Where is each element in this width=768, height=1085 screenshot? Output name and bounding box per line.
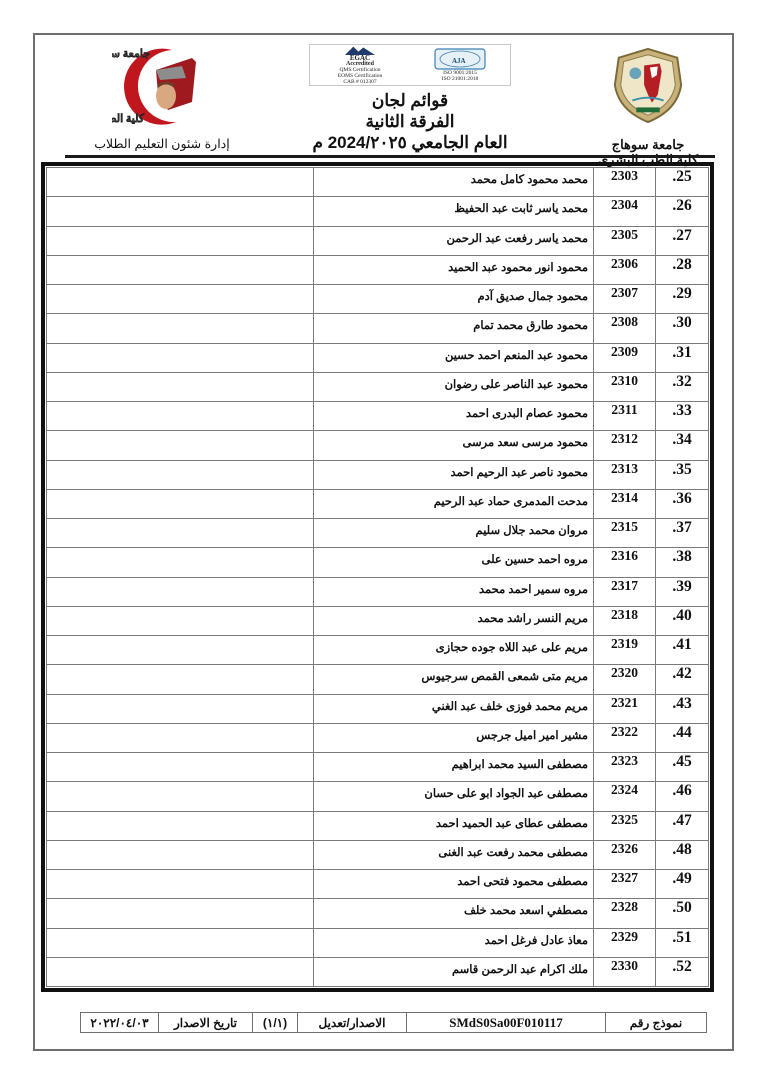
student-name: مدحت المدمرى حماد عبد الرحيم bbox=[314, 489, 594, 518]
notes-cell bbox=[47, 577, 314, 606]
notes-cell bbox=[47, 255, 314, 284]
notes-cell bbox=[47, 694, 314, 723]
student-code: 2330 bbox=[594, 957, 656, 986]
serial-number: .25 bbox=[656, 168, 709, 197]
certification-logos: EGAC Accredited QMS Certification EOMS C… bbox=[309, 44, 511, 86]
serial-number: .48 bbox=[656, 840, 709, 869]
notes-cell bbox=[47, 372, 314, 401]
serial-number: .29 bbox=[656, 285, 709, 314]
notes-cell bbox=[47, 402, 314, 431]
student-name: محمود عبد الناصر على رضوان bbox=[314, 372, 594, 401]
serial-number: .35 bbox=[656, 460, 709, 489]
title-committee-lists: قوائم لجان bbox=[290, 90, 530, 111]
student-code: 2324 bbox=[594, 782, 656, 811]
serial-number: .46 bbox=[656, 782, 709, 811]
notes-cell bbox=[47, 168, 314, 197]
student-code: 2308 bbox=[594, 314, 656, 343]
notes-cell bbox=[47, 665, 314, 694]
table-row: .512329معاذ عادل فرغل احمد bbox=[47, 928, 709, 957]
table-row: .262304محمد ياسر ثابت عبد الحفيظ bbox=[47, 197, 709, 226]
notes-cell bbox=[47, 226, 314, 255]
serial-number: .47 bbox=[656, 811, 709, 840]
table-row: .432321مريم محمد فوزى خلف عبد الغني bbox=[47, 694, 709, 723]
student-name: مريم على عبد اللاه جوده حجازى bbox=[314, 636, 594, 665]
student-name: مصطفى محمد رفعت عبد الغنى bbox=[314, 840, 594, 869]
student-name: مشير امير اميل جرجس bbox=[314, 723, 594, 752]
student-code: 2315 bbox=[594, 519, 656, 548]
student-name: مصطفى عبد الجواد ابو على حسان bbox=[314, 782, 594, 811]
notes-cell bbox=[47, 460, 314, 489]
student-code: 2328 bbox=[594, 899, 656, 928]
student-name: مصطفي اسعد محمد خلف bbox=[314, 899, 594, 928]
notes-cell bbox=[47, 840, 314, 869]
student-name: محمد ياسر رفعت عبد الرحمن bbox=[314, 226, 594, 255]
notes-cell bbox=[47, 782, 314, 811]
student-name: محمود عبد المنعم احمد حسين bbox=[314, 343, 594, 372]
student-name: محمود ناصر عبد الرحيم احمد bbox=[314, 460, 594, 489]
table-row: .372315مروان محمد جلال سليم bbox=[47, 519, 709, 548]
student-code: 2322 bbox=[594, 723, 656, 752]
table-row: .392317مروه سمير احمد محمد bbox=[47, 577, 709, 606]
notes-cell bbox=[47, 431, 314, 460]
student-code: 2316 bbox=[594, 548, 656, 577]
table-row: .502328مصطفي اسعد محمد خلف bbox=[47, 899, 709, 928]
serial-number: .38 bbox=[656, 548, 709, 577]
faculty-of-medicine-logo-icon: جامعة سوهاج كلية الطب bbox=[112, 44, 212, 126]
table-row: .332311محمود عصام البدرى احمد bbox=[47, 402, 709, 431]
title-academic-year: العام الجامعي 2024/٢٠٢٥ م bbox=[290, 132, 530, 154]
notes-cell bbox=[47, 489, 314, 518]
student-code: 2312 bbox=[594, 431, 656, 460]
table-row: .352313محمود ناصر عبد الرحيم احمد bbox=[47, 460, 709, 489]
table-row: .342312محمود مرسى سعد مرسى bbox=[47, 431, 709, 460]
header-divider bbox=[65, 155, 715, 158]
department-name: إدارة شئون التعليم الطلاب bbox=[62, 137, 262, 152]
revision-label: الاصدار/تعديل bbox=[298, 1013, 407, 1033]
serial-number: .31 bbox=[656, 343, 709, 372]
aja-certification: AJA ISO 9001:2015 ISO 21001:2018 bbox=[410, 45, 510, 85]
table-row: .442322مشير امير اميل جرجس bbox=[47, 723, 709, 752]
student-name: مروه احمد حسين على bbox=[314, 548, 594, 577]
table-row: .482326مصطفى محمد رفعت عبد الغنى bbox=[47, 840, 709, 869]
student-name: مروان محمد جلال سليم bbox=[314, 519, 594, 548]
serial-number: .40 bbox=[656, 606, 709, 635]
student-code: 2305 bbox=[594, 226, 656, 255]
notes-cell bbox=[47, 548, 314, 577]
student-code: 2325 bbox=[594, 811, 656, 840]
serial-number: .39 bbox=[656, 577, 709, 606]
student-code: 2307 bbox=[594, 285, 656, 314]
table-row: .282306محمود انور محمود عبد الحميد bbox=[47, 255, 709, 284]
student-code: 2320 bbox=[594, 665, 656, 694]
serial-number: .36 bbox=[656, 489, 709, 518]
student-code: 2323 bbox=[594, 753, 656, 782]
notes-cell bbox=[47, 899, 314, 928]
serial-number: .30 bbox=[656, 314, 709, 343]
title-year-level: الفرقة الثانية bbox=[290, 111, 530, 132]
university-header: جامعة سوهاج كلية الطب البشرى bbox=[583, 44, 713, 167]
table-row: .462324مصطفى عبد الجواد ابو على حسان bbox=[47, 782, 709, 811]
notes-cell bbox=[47, 314, 314, 343]
table-row: .412319مريم على عبد اللاه جوده حجازى bbox=[47, 636, 709, 665]
document-title-block: EGAC Accredited QMS Certification EOMS C… bbox=[290, 44, 530, 154]
notes-cell bbox=[47, 285, 314, 314]
notes-cell bbox=[47, 753, 314, 782]
table-row: .402318مريم النسر راشد محمد bbox=[47, 606, 709, 635]
serial-number: .44 bbox=[656, 723, 709, 752]
student-name: محمود عصام البدرى احمد bbox=[314, 402, 594, 431]
notes-cell bbox=[47, 957, 314, 986]
serial-number: .45 bbox=[656, 753, 709, 782]
university-name: جامعة سوهاج bbox=[583, 137, 713, 152]
serial-number: .41 bbox=[656, 636, 709, 665]
student-name: مصطفى السيد محمد ابراهيم bbox=[314, 753, 594, 782]
table-row: .472325مصطفى عطاى عبد الحميد احمد bbox=[47, 811, 709, 840]
student-name: محمد محمود كامل محمد bbox=[314, 168, 594, 197]
notes-cell bbox=[47, 343, 314, 372]
student-name: محمد ياسر ثابت عبد الحفيظ bbox=[314, 197, 594, 226]
table-row: .312309محمود عبد المنعم احمد حسين bbox=[47, 343, 709, 372]
serial-number: .32 bbox=[656, 372, 709, 401]
egac-certification: EGAC Accredited QMS Certification EOMS C… bbox=[310, 45, 410, 85]
student-name: مروه سمير احمد محمد bbox=[314, 577, 594, 606]
table-row: .302308محمود طارق محمد تمام bbox=[47, 314, 709, 343]
svg-text:AJA: AJA bbox=[452, 57, 466, 65]
revision-value: (١/١) bbox=[253, 1013, 298, 1033]
table-row: .422320مريم متى شمعى القمص سرجيوس bbox=[47, 665, 709, 694]
table-row: .492327مصطفى محمود فتحى احمد bbox=[47, 870, 709, 899]
notes-cell bbox=[47, 870, 314, 899]
notes-cell bbox=[47, 811, 314, 840]
table-row: .362314مدحت المدمرى حماد عبد الرحيم bbox=[47, 489, 709, 518]
issue-date: ٢٠٢٢/٠٤/٠٣ bbox=[81, 1013, 159, 1033]
student-code: 2309 bbox=[594, 343, 656, 372]
globe-icon: AJA bbox=[434, 48, 486, 70]
student-name: محمود مرسى سعد مرسى bbox=[314, 431, 594, 460]
roster-table: .252303محمد محمود كامل محمد.262304محمد ي… bbox=[41, 162, 714, 992]
student-name: محمود جمال صديق آدم bbox=[314, 285, 594, 314]
student-code: 2329 bbox=[594, 928, 656, 957]
notes-cell bbox=[47, 928, 314, 957]
student-code: 2317 bbox=[594, 577, 656, 606]
serial-number: .27 bbox=[656, 226, 709, 255]
student-code: 2319 bbox=[594, 636, 656, 665]
table-row: .272305محمد ياسر رفعت عبد الرحمن bbox=[47, 226, 709, 255]
table-row: .382316مروه احمد حسين على bbox=[47, 548, 709, 577]
student-name: مريم النسر راشد محمد bbox=[314, 606, 594, 635]
notes-cell bbox=[47, 723, 314, 752]
student-name: مريم متى شمعى القمص سرجيوس bbox=[314, 665, 594, 694]
student-name: محمود طارق محمد تمام bbox=[314, 314, 594, 343]
student-code: 2311 bbox=[594, 402, 656, 431]
student-code: 2310 bbox=[594, 372, 656, 401]
table-row: .522330ملك اكرام عبد الرحمن قاسم bbox=[47, 957, 709, 986]
serial-number: .49 bbox=[656, 870, 709, 899]
student-name: ملك اكرام عبد الرحمن قاسم bbox=[314, 957, 594, 986]
form-footer: نموذج رقم SMdS0Sa00F010117 الاصدار/تعديل… bbox=[80, 1012, 707, 1033]
student-name: محمود انور محمود عبد الحميد bbox=[314, 255, 594, 284]
form-number: SMdS0Sa00F010117 bbox=[407, 1013, 606, 1033]
faculty-header: جامعة سوهاج كلية الطب إدارة شئون التعليم… bbox=[62, 44, 262, 152]
student-code: 2318 bbox=[594, 606, 656, 635]
student-code: 2304 bbox=[594, 197, 656, 226]
serial-number: .28 bbox=[656, 255, 709, 284]
serial-number: .42 bbox=[656, 665, 709, 694]
serial-number: .50 bbox=[656, 899, 709, 928]
student-name: معاذ عادل فرغل احمد bbox=[314, 928, 594, 957]
serial-number: .33 bbox=[656, 402, 709, 431]
serial-number: .51 bbox=[656, 928, 709, 957]
table-row: .322310محمود عبد الناصر على رضوان bbox=[47, 372, 709, 401]
form-number-label: نموذج رقم bbox=[606, 1013, 707, 1033]
logo-arc-top-text: جامعة سوهاج bbox=[112, 48, 150, 60]
table-row: .452323مصطفى السيد محمد ابراهيم bbox=[47, 753, 709, 782]
notes-cell bbox=[47, 519, 314, 548]
serial-number: .37 bbox=[656, 519, 709, 548]
student-code: 2326 bbox=[594, 840, 656, 869]
notes-cell bbox=[47, 606, 314, 635]
serial-number: .26 bbox=[656, 197, 709, 226]
issue-date-label: تاريخ الاصدار bbox=[159, 1013, 253, 1033]
serial-number: .43 bbox=[656, 694, 709, 723]
student-code: 2306 bbox=[594, 255, 656, 284]
notes-cell bbox=[47, 197, 314, 226]
sohag-university-emblem-icon bbox=[609, 46, 687, 124]
student-code: 2321 bbox=[594, 694, 656, 723]
student-code: 2313 bbox=[594, 460, 656, 489]
student-name: مريم محمد فوزى خلف عبد الغني bbox=[314, 694, 594, 723]
serial-number: .52 bbox=[656, 957, 709, 986]
student-code: 2327 bbox=[594, 870, 656, 899]
notes-cell bbox=[47, 636, 314, 665]
table-row: .292307محمود جمال صديق آدم bbox=[47, 285, 709, 314]
serial-number: .34 bbox=[656, 431, 709, 460]
student-name: مصطفى عطاى عبد الحميد احمد bbox=[314, 811, 594, 840]
student-code: 2314 bbox=[594, 489, 656, 518]
table-row: .252303محمد محمود كامل محمد bbox=[47, 168, 709, 197]
student-code: 2303 bbox=[594, 168, 656, 197]
student-name: مصطفى محمود فتحى احمد bbox=[314, 870, 594, 899]
logo-arc-bottom-text: كلية الطب bbox=[112, 113, 145, 125]
